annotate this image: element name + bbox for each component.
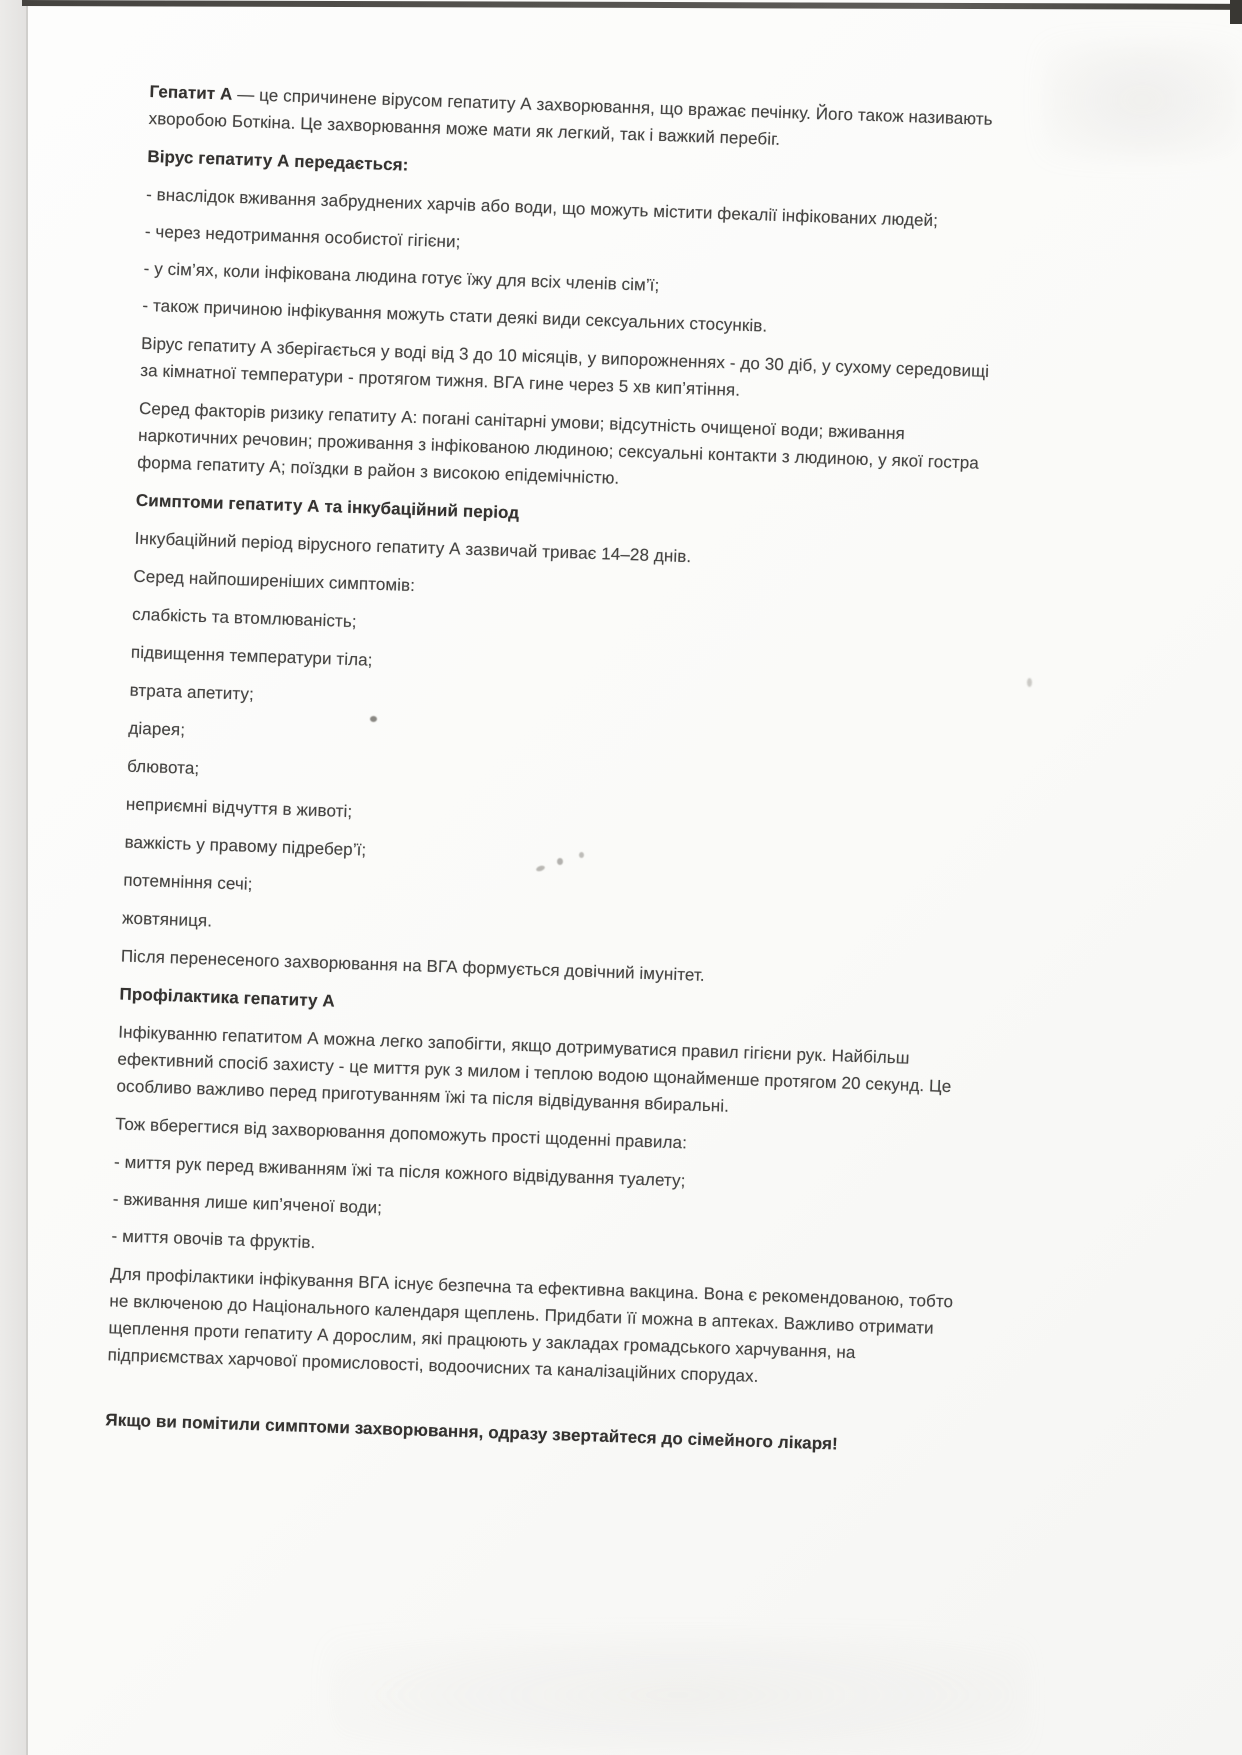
vaccine-paragraph: Для профілактики інфікування ВГА існує б… [107, 1260, 976, 1397]
scan-smudge [328, 1635, 1028, 1755]
pencil-mark [1027, 678, 1032, 687]
scan-corner-mark [1230, 0, 1242, 24]
symptoms-list: слабкість та втомлюваність; підвищення т… [122, 601, 998, 961]
pencil-mark [579, 852, 584, 858]
scanner-background-strip [0, 0, 28, 1755]
document-content: Гепатит А — це спричинене вірусом гепати… [105, 78, 1015, 1462]
transmission-list: - внаслідок вживання забруднених харчів … [142, 181, 1012, 348]
scan-smudge [1042, 40, 1242, 160]
intro-lead: Гепатит А [149, 82, 233, 104]
prevention-paragraph: Інфікуванню гепатитом А можна легко запо… [116, 1018, 984, 1128]
risk-factors-paragraph: Серед факторів ризику гепатиту А: погані… [137, 395, 1005, 505]
rules-list: - миття рук перед вживанням їжі та після… [111, 1148, 980, 1278]
pencil-mark [370, 716, 377, 722]
pencil-mark [557, 858, 563, 865]
